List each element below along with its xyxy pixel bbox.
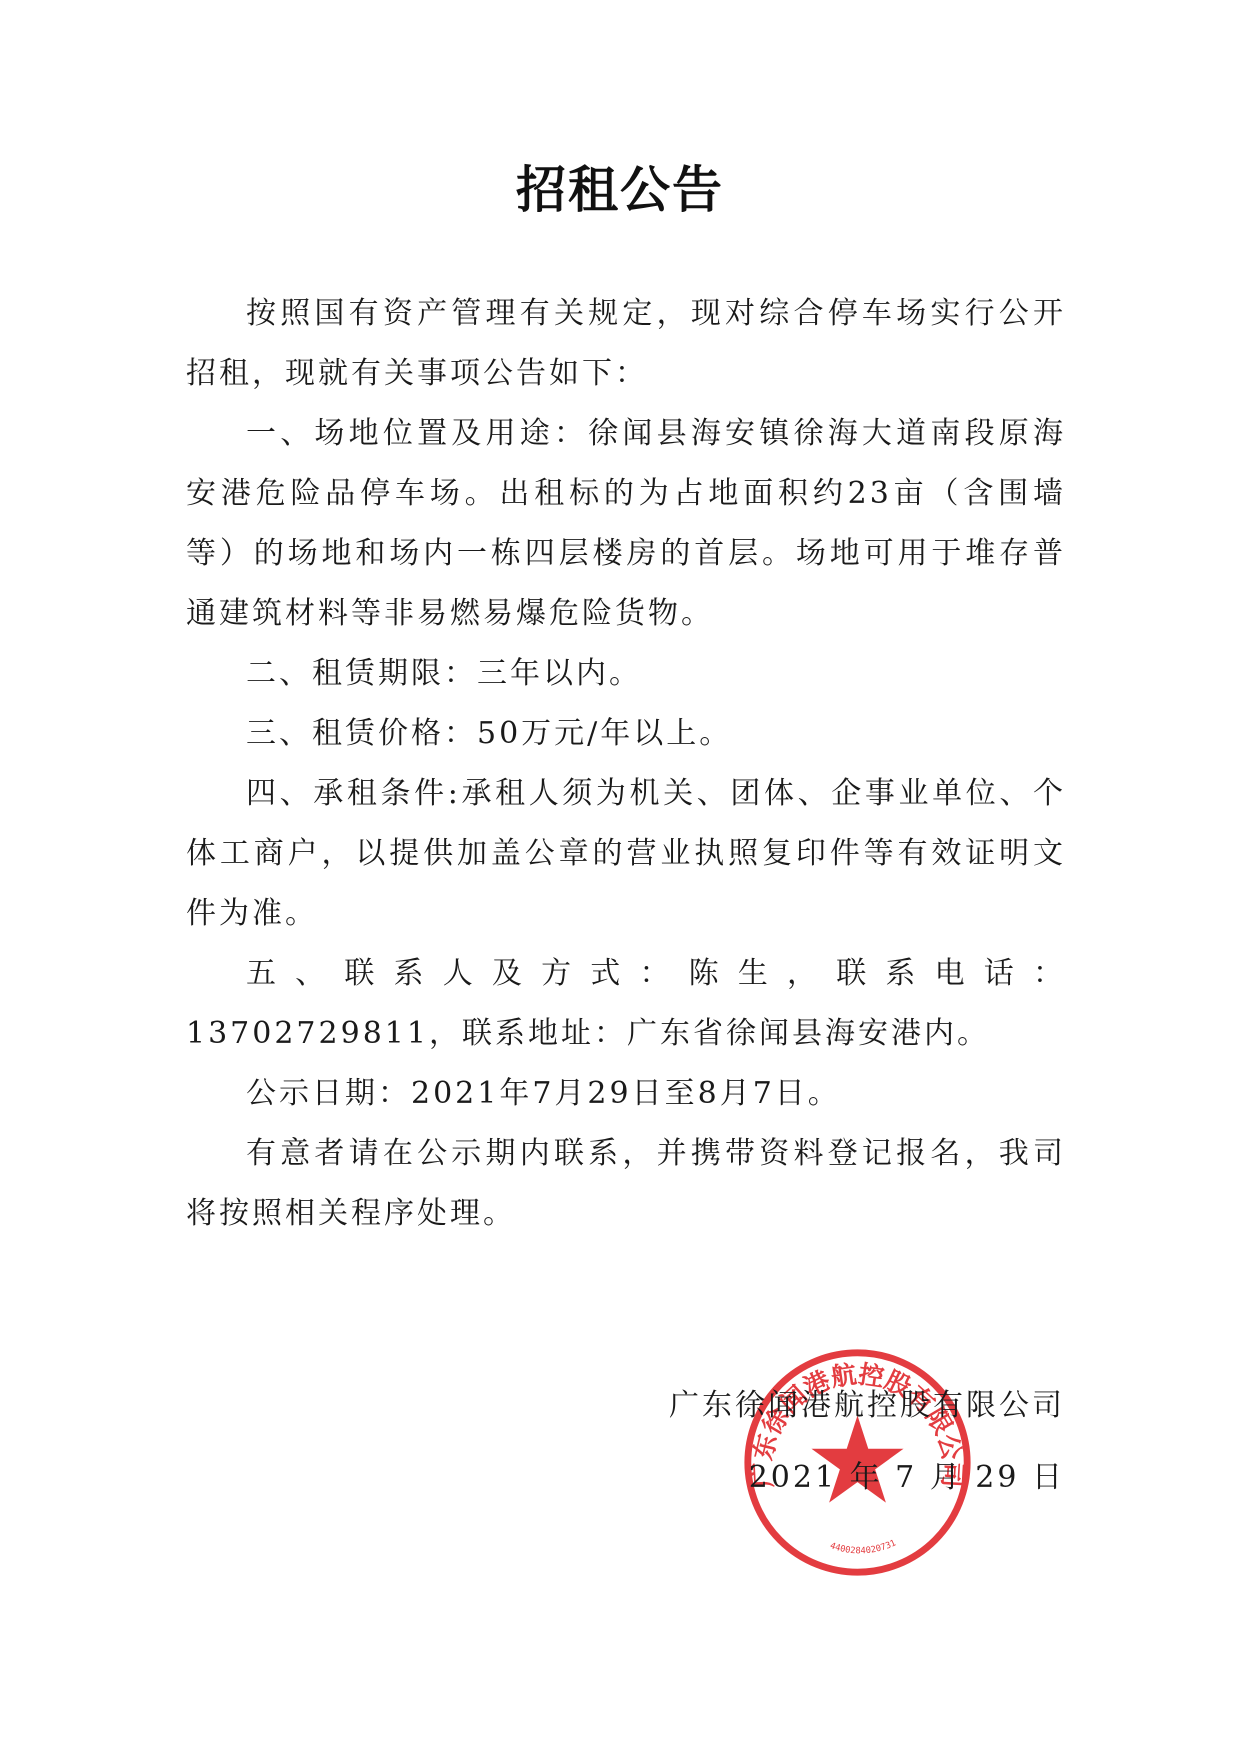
- paragraph-contact: 五、联系人及方式：陈生，联系电话：13702729811，联系地址：广东省徐闻县…: [186, 944, 1066, 1064]
- company-name: 广东徐闻港航控股有限公司: [669, 1370, 1065, 1442]
- svg-text:4400284020731: 4400284020731: [828, 1538, 897, 1556]
- paragraph-location: 一、场地位置及用途：徐闻县海安镇徐海大道南段原海安港危险品停车场。出租标的为占地…: [186, 404, 1066, 644]
- paragraph-publicity-date: 公示日期：2021年7月29日至8月7日。: [186, 1064, 1066, 1124]
- paragraph-price: 三、租赁价格：50万元/年以上。: [186, 704, 1066, 764]
- document-title: 招租公告: [0, 150, 1240, 222]
- paragraph-closing: 有意者请在公示期内联系，并携带资料登记报名，我司将按照相关程序处理。: [186, 1124, 1066, 1244]
- document-body: 按照国有资产管理有关规定，现对综合停车场实行公开招租，现就有关事项公告如下： 一…: [186, 284, 1066, 1244]
- signature-block: 广东徐闻港航控股有限公司 2021 年 7 月 29 日: [669, 1370, 1065, 1514]
- paragraph-conditions: 四、承租条件:承租人须为机关、团体、企事业单位、个体工商户，以提供加盖公章的营业…: [186, 764, 1066, 944]
- paragraph-term: 二、租赁期限：三年以内。: [186, 644, 1066, 704]
- paragraph-intro: 按照国有资产管理有关规定，现对综合停车场实行公开招租，现就有关事项公告如下：: [186, 284, 1066, 404]
- signature-date: 2021 年 7 月 29 日: [669, 1442, 1065, 1514]
